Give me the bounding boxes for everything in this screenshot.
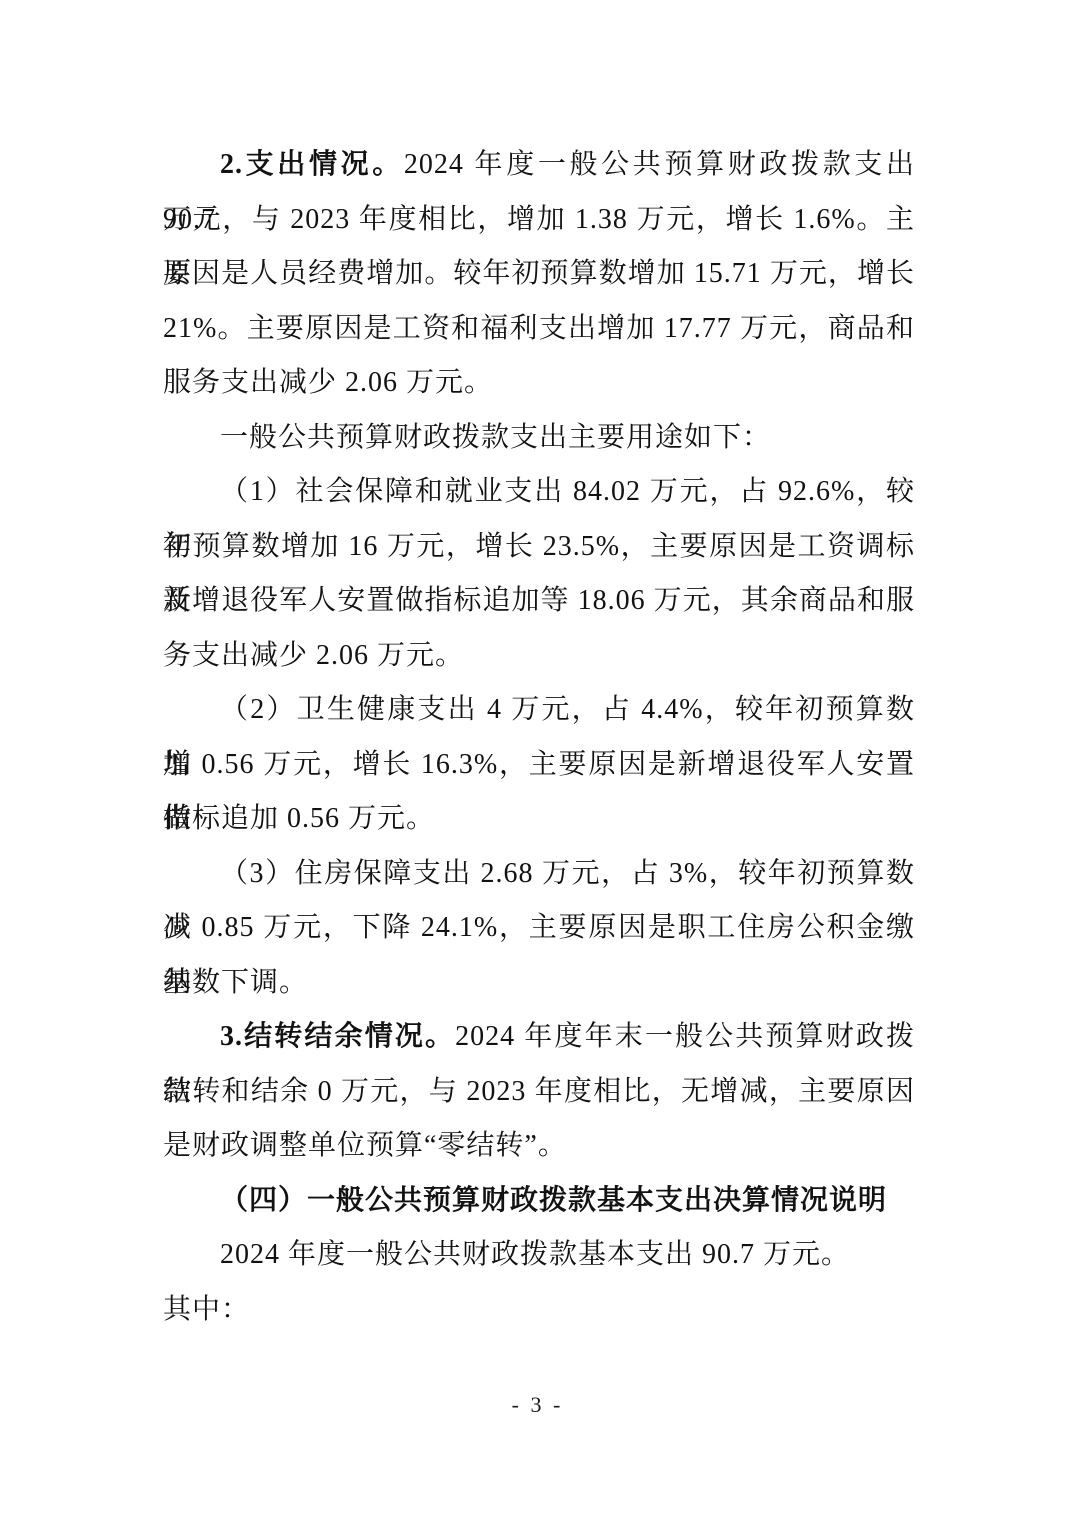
page-number: - 3 -	[512, 1392, 564, 1417]
text-line: （2）卫生健康支出 4 万元，占 4.4%，较年初预算数增	[163, 683, 915, 738]
text-line: 少 0.85 万元，下降 24.1%，主要原因是职工住房公积金缴纳	[163, 901, 915, 956]
text-segment: 服务支出减少 2.06 万元。	[163, 367, 493, 398]
bold-text-segment: 3.结转结余情况。	[220, 1021, 455, 1052]
text-line: 初预算数增加 16 万元，增长 23.5%，主要原因是工资调标及	[163, 520, 915, 575]
text-segment: 基数下调。	[163, 967, 308, 998]
document-page: 2.支出情况。2024 年度一般公共预算财政拨款支出 90.7万元，与 2023…	[0, 0, 1075, 1520]
text-line: （四）一般公共预算财政拨款基本支出决算情况说明	[163, 1174, 915, 1229]
text-line: （3）住房保障支出 2.68 万元，占 3%，较年初预算数减	[163, 847, 915, 902]
text-segment: 新增退役军人安置做指标追加等 18.06 万元，其余商品和服	[163, 585, 915, 616]
text-segment: 21%。主要原因是工资和福利支出增加 17.77 万元，商品和	[163, 313, 915, 344]
document-body: 2.支出情况。2024 年度一般公共预算财政拨款支出 90.7万元，与 2023…	[163, 138, 915, 1337]
text-segment: 原因是人员经费增加。较年初预算数增加 15.71 万元，增长	[163, 258, 915, 289]
text-segment: 结转和结余 0 万元，与 2023 年度相比，无增减，主要原因	[163, 1076, 915, 1107]
text-line: 3.结转结余情况。2024 年度年末一般公共预算财政拨款	[163, 1010, 915, 1065]
text-line: （1）社会保障和就业支出 84.02 万元，占 92.6%，较年	[163, 465, 915, 520]
text-line: 加 0.56 万元，增长 16.3%，主要原因是新增退役军人安置做	[163, 738, 915, 793]
text-line: 指标追加 0.56 万元。	[163, 792, 915, 847]
page-footer: - 3 -	[0, 1392, 1075, 1418]
text-segment: 2024 年度一般公共财政拨款基本支出 90.7 万元。	[220, 1239, 850, 1270]
text-line: 万元，与 2023 年度相比，增加 1.38 万元，增长 1.6%。主要	[163, 193, 915, 248]
text-line: 2.支出情况。2024 年度一般公共预算财政拨款支出 90.7	[163, 138, 915, 193]
text-segment: 是财政调整单位预算“零结转”。	[163, 1130, 567, 1161]
text-line: 服务支出减少 2.06 万元。	[163, 356, 915, 411]
text-line: 一般公共预算财政拨款支出主要用途如下：	[163, 411, 915, 466]
text-segment: 务支出减少 2.06 万元。	[163, 640, 464, 671]
text-line: 基数下调。	[163, 956, 915, 1011]
text-line: 新增退役军人安置做指标追加等 18.06 万元，其余商品和服	[163, 574, 915, 629]
text-line: 21%。主要原因是工资和福利支出增加 17.77 万元，商品和	[163, 302, 915, 357]
text-line: 2024 年度一般公共财政拨款基本支出 90.7 万元。	[163, 1228, 915, 1283]
text-line: 务支出减少 2.06 万元。	[163, 629, 915, 684]
text-segment: 指标追加 0.56 万元。	[163, 803, 435, 834]
text-segment: 一般公共预算财政拨款支出主要用途如下：	[220, 422, 771, 453]
text-line: 其中：	[163, 1283, 915, 1338]
bold-text-segment: （四）一般公共预算财政拨款基本支出决算情况说明	[220, 1185, 887, 1216]
text-line: 结转和结余 0 万元，与 2023 年度相比，无增减，主要原因	[163, 1065, 915, 1120]
text-line: 原因是人员经费增加。较年初预算数增加 15.71 万元，增长	[163, 247, 915, 302]
text-line: 是财政调整单位预算“零结转”。	[163, 1119, 915, 1174]
text-segment: 其中：	[163, 1294, 250, 1325]
bold-text-segment: 2.支出情况。	[220, 149, 404, 180]
